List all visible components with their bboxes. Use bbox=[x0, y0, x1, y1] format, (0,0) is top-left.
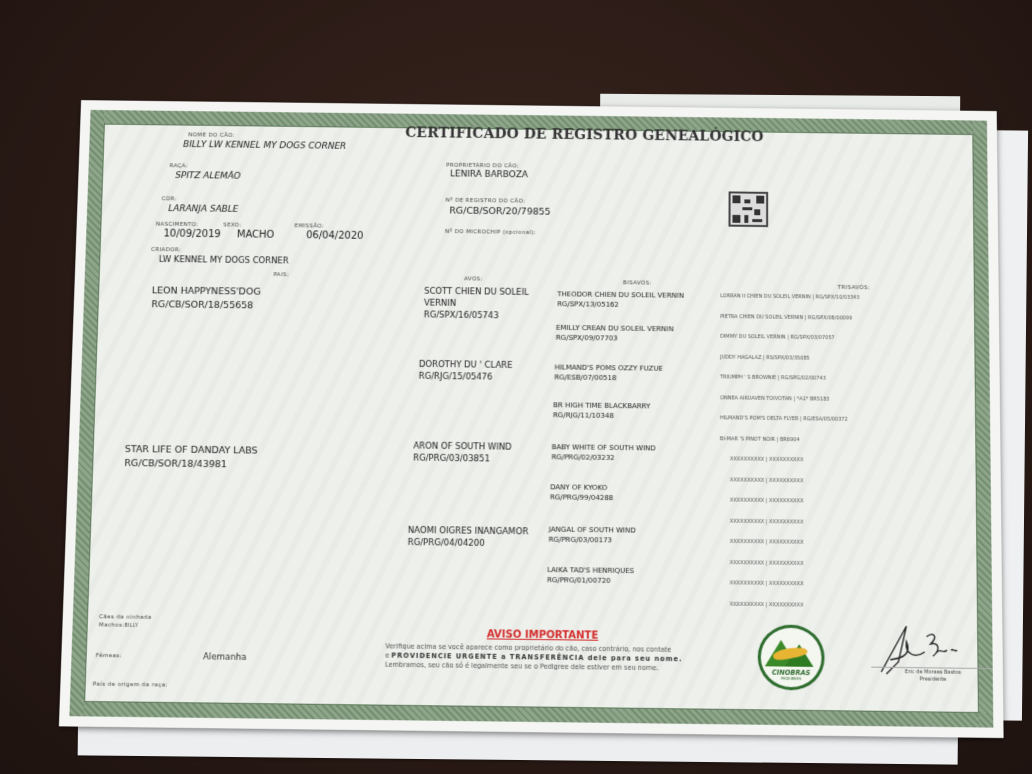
registration-number: RG/CB/SOR/20/79855 bbox=[449, 206, 550, 218]
great-grandparent-registration: RG/PRG/02/03232 bbox=[551, 452, 655, 463]
cinobras-logo: CINOBRAS PEDIGREES bbox=[758, 624, 825, 690]
sire: LEON HAPPYNESS'DOG RG/CB/SOR/18/55658 bbox=[151, 284, 261, 313]
color-label: COR: bbox=[162, 196, 177, 202]
breed: SPITZ ALEMÃO bbox=[175, 171, 241, 182]
great-great-grandparent: XXXXXXXXXX | XXXXXXXXXX bbox=[730, 580, 804, 587]
males-label-text: Machos: bbox=[99, 622, 125, 628]
great-great-grandparent: ONNEA AIKUAVEN TOIVOTAN | *A1* BR5183 bbox=[720, 395, 829, 402]
issue-label: EMISSÃO: bbox=[295, 223, 325, 229]
signer: Eric de Moraes Bastos Presidente bbox=[887, 669, 978, 684]
great-grandparent-registration: RG/SPX/09/07703 bbox=[556, 333, 674, 344]
grandparent-registration: RG/PRG/03/03851 bbox=[413, 452, 512, 465]
coat-color: LARANJA SABLE bbox=[168, 204, 238, 215]
great-grandparent-registration: RG/PRG/01/00720 bbox=[547, 575, 634, 586]
origin-label: País de origem da raça: bbox=[93, 682, 168, 689]
certificate-title: CERTIFICADO DE REGISTRO GENEALÓGICO bbox=[405, 125, 764, 145]
great-great-grandparent: TRIUMPH ' S BROWNIE | RG/SPG/02/00743 bbox=[720, 374, 826, 381]
owner-name: LENIRA BARBOZA bbox=[450, 170, 528, 181]
females-label: Fêmeas: bbox=[96, 653, 122, 659]
origin-country: Alemanha bbox=[203, 652, 247, 663]
great-great-grandparent: BI-MAR 'S PINOT NOIR | BR6904 bbox=[720, 436, 800, 443]
issue-date: 06/04/2020 bbox=[306, 230, 363, 241]
great-grandparent: DANY OF KYOKORG/PRG/99/04288 bbox=[550, 482, 614, 503]
breed-label: RAÇA: bbox=[170, 163, 189, 169]
dam-registration: RG/CB/SOR/18/43981 bbox=[124, 457, 257, 473]
great-great-grandparent: XXXXXXXXXX | XXXXXXXXXX bbox=[730, 560, 804, 567]
birth-date: 10/09/2019 bbox=[163, 229, 220, 240]
notice-prefix: e bbox=[385, 651, 389, 659]
great-great-grandparent: XXXXXXXXXX | XXXXXXXXXX bbox=[730, 498, 804, 505]
litter-label: Cães da ninhada bbox=[99, 614, 152, 621]
grandparent: NAOMI OIGRES INANGAMOR RG/PRG/04/04200 bbox=[407, 525, 528, 551]
great-grandparent: BR HIGH TIME BLACKBARRYRG/RJG/11/10348 bbox=[553, 400, 650, 421]
notice-title: AVISO IMPORTANTE bbox=[487, 629, 599, 642]
grandparents-label: AVÓS: bbox=[464, 276, 483, 282]
qr-code bbox=[729, 191, 769, 227]
great-grandparent-registration: RG/PRG/99/04288 bbox=[550, 492, 613, 503]
dog-name-label: NOME DO CÃO: bbox=[188, 132, 235, 138]
sire-registration: RG/CB/SOR/18/55658 bbox=[151, 298, 260, 313]
great-great-grandparents-label: TRISAVÓS: bbox=[838, 285, 871, 291]
great-grandparent: THEODOR CHIEN DU SOLEIL VERNINRG/SPX/13/… bbox=[557, 289, 684, 310]
males-label: Machos:BILLY bbox=[99, 622, 139, 629]
breeder-label: CRIADOR: bbox=[151, 247, 181, 253]
great-grandparent-registration: RG/ESB/07/00518 bbox=[554, 372, 663, 383]
great-grandparent: EMILLY CREAN DU SOLEIL VERNINRG/SPX/09/0… bbox=[556, 323, 674, 344]
great-grandparent: HILMAND'S POMS OZZY FUZUERG/ESB/07/00518 bbox=[554, 362, 663, 383]
great-great-grandparent: XXXXXXXXXX | XXXXXXXXXX bbox=[730, 477, 804, 484]
great-grandparent: LAIKA TAD'S HENRIQUESRG/PRG/01/00720 bbox=[547, 565, 634, 586]
great-great-grandparent: PIETRA CHIEN DU SOLEIL VERNIN | RG/SPX/0… bbox=[720, 314, 852, 322]
grandparent: ARON OF SOUTH WIND RG/PRG/03/03851 bbox=[413, 440, 512, 465]
sire-name: LEON HAPPYNESS'DOG bbox=[152, 284, 261, 299]
logo-subtext: PEDIGREES bbox=[761, 677, 822, 682]
registration-label: Nº DE REGISTRO DO CÃO: bbox=[446, 198, 526, 205]
great-great-grandparent: XXXXXXXXXX | XXXXXXXXXX bbox=[730, 456, 804, 463]
microchip-label: Nº DO MICROCHIP (opcional): bbox=[445, 229, 536, 236]
sex: MACHO bbox=[237, 229, 275, 240]
pedigree-certificate: NOME DO CÃO: BILLY LW KENNEL MY DOGS COR… bbox=[59, 100, 1004, 738]
great-great-grandparent: DIMMY DU SOLEIL VERNIN | RG/SPX/03/07057 bbox=[720, 334, 834, 341]
grandparent-registration: RG/PRG/04/04200 bbox=[407, 537, 528, 551]
great-grandparents-label: BISAVÓS: bbox=[623, 280, 652, 286]
grandparent: SCOTT CHIEN DU SOLEIL VERNIN RG/SPX/16/0… bbox=[424, 286, 544, 323]
grandparent-name: SCOTT CHIEN DU SOLEIL VERNIN bbox=[424, 286, 544, 311]
great-great-grandparent: HILMAND'S POM'S DELTA FLYER | RG/ESA/05/… bbox=[720, 415, 848, 423]
dog-name: BILLY LW KENNEL MY DOGS CORNER bbox=[183, 140, 346, 152]
great-great-grandparent: XXXXXXXXXX | XXXXXXXXXX bbox=[730, 601, 804, 608]
grandparent-registration: RG/RJG/15/05476 bbox=[419, 371, 513, 384]
dam: STAR LIFE OF DANDAY LABS RG/CB/SOR/18/43… bbox=[124, 443, 258, 473]
great-grandparent-registration: RG/RJG/11/10348 bbox=[553, 410, 650, 421]
great-grandparent: BABY WHITE OF SOUTH WINDRG/PRG/02/03232 bbox=[551, 442, 655, 463]
great-great-grandparent: JUDDY HAGALAZ | RS/SPX/03/35085 bbox=[720, 354, 810, 361]
males-value: BILLY bbox=[125, 624, 139, 629]
great-grandparent-registration: RG/SPX/13/05162 bbox=[557, 299, 684, 310]
great-grandparent-registration: RG/PRG/03/00173 bbox=[548, 535, 635, 546]
owner-label: PROPRIETÁRIO DO CÃO: bbox=[446, 163, 519, 170]
great-grandparent: JANGAL OF SOUTH WINDRG/PRG/03/00173 bbox=[548, 525, 635, 546]
signer-role: Presidente bbox=[887, 676, 978, 684]
grandparent: DOROTHY DU ' CLARE RG/RJG/15/05476 bbox=[419, 359, 513, 384]
grandparent-registration: RG/SPX/16/05743 bbox=[424, 309, 544, 322]
great-great-grandparent: XXXXXXXXXX | XXXXXXXXXX bbox=[730, 539, 804, 546]
breeder: LW KENNEL MY DOGS CORNER bbox=[159, 255, 289, 266]
notice-text: Verifique acima se você aparece como pro… bbox=[385, 642, 709, 674]
great-great-grandparent: XXXXXXXXXX | XXXXXXXXXX bbox=[730, 518, 804, 525]
great-great-grandparent: LORRAN II CHIEN DU SOLEIL VERNIN | RG/SP… bbox=[720, 293, 859, 301]
parents-label: PAIS: bbox=[273, 272, 289, 278]
sex-label: SEXO: bbox=[223, 222, 241, 228]
birth-label: NASCIMENTO: bbox=[156, 222, 199, 228]
